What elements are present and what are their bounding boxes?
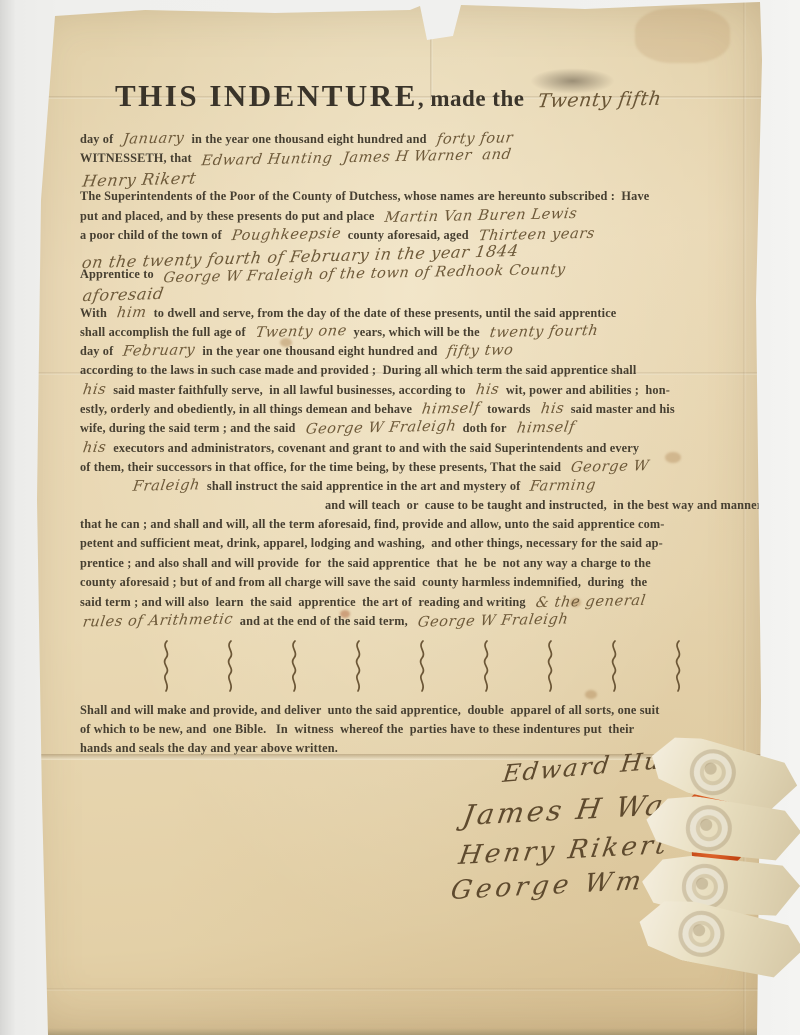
printed-text: With xyxy=(80,306,107,320)
title-printed-text: , made the xyxy=(418,86,525,111)
handwritten-text: fifty two xyxy=(446,343,515,360)
handwritten-text: George W Fraleigh xyxy=(417,612,570,631)
document-line: Fraleighshall instruct the said apprenti… xyxy=(130,478,745,497)
handwritten-text: & the general xyxy=(534,593,646,611)
document-line: and will teach or cause to be taught and… xyxy=(325,498,745,517)
squiggle-mark xyxy=(288,639,300,693)
handwritten-text: Farming xyxy=(529,478,597,495)
document-line: Withhimto dwell and serve, from the day … xyxy=(80,305,745,324)
printed-text: county aforesaid ; but of and from all c… xyxy=(80,575,647,589)
handwritten-text: his xyxy=(82,440,107,456)
handwritten-text: Poughkeepsie xyxy=(231,226,342,244)
signature: James H Warner xyxy=(460,784,760,832)
handwritten-text: Henry Rikert xyxy=(81,168,197,190)
printed-text: of which to be new, and one Bible. In wi… xyxy=(80,722,634,736)
document-line: county aforesaid ; but of and from all c… xyxy=(80,575,745,594)
document-title: THIS INDENTURE, made the Twenty fifth xyxy=(115,78,745,120)
handwritten-text: himself xyxy=(421,401,481,418)
handwritten-text: Edward Hunting James H Warner and xyxy=(200,147,512,169)
document-line: that he can ; and shall and will, all th… xyxy=(80,517,745,536)
printed-text: day of xyxy=(80,132,113,146)
document-line: hisexecutors and administrators, covenan… xyxy=(80,440,745,459)
document-line: said term ; and will also learn the said… xyxy=(80,594,745,613)
title-printed-text: THIS INDENTURE xyxy=(115,78,418,113)
document-line: day ofJanuaryin the year one thousand ei… xyxy=(80,131,745,150)
squiggle-mark xyxy=(160,639,172,693)
printed-text: county aforesaid, aged xyxy=(348,228,469,242)
printed-text: prentice ; and also shall and will provi… xyxy=(80,556,651,570)
printed-text: wife, during the said term ; and the sai… xyxy=(80,421,296,435)
printed-text: of them, their successors in that office… xyxy=(80,460,561,474)
handwritten-text: himself xyxy=(515,420,575,437)
printed-text: doth for xyxy=(463,421,507,435)
title-handwritten-fill: Twenty fifth xyxy=(537,88,664,113)
printed-text: estly, orderly and obediently, in all th… xyxy=(80,402,412,416)
printed-text: towards xyxy=(487,402,530,416)
handwritten-text: January xyxy=(122,130,185,147)
document-line: aforesaid xyxy=(80,285,745,304)
squiggle-mark xyxy=(480,639,492,693)
document-line: petent and sufficient meat, drink, appar… xyxy=(80,536,745,555)
squiggle-mark xyxy=(416,639,428,693)
handwritten-text: his xyxy=(474,382,499,398)
printed-text: shall accomplish the full age of xyxy=(80,325,246,339)
handwritten-text: him xyxy=(116,304,148,321)
handwritten-text: forty four xyxy=(435,130,513,148)
handwritten-text: George W xyxy=(570,458,650,476)
squiggle-mark xyxy=(672,639,684,693)
document-content: THIS INDENTURE, made the Twenty fifth da… xyxy=(80,78,745,761)
handwritten-text: twenty fourth xyxy=(488,323,599,341)
document-line: put and placed, and by these presents do… xyxy=(80,208,745,227)
document-line: Henry Rikert xyxy=(80,170,745,189)
stain xyxy=(635,8,730,63)
handwritten-text: Twenty one xyxy=(254,323,347,341)
scan-edge-shadow xyxy=(25,1028,765,1035)
printed-text: executors and administrators, covenant a… xyxy=(113,441,639,455)
document-line: WITNESSETH, thatEdward Hunting James H W… xyxy=(80,150,745,169)
printed-text: shall instruct the said apprentice in th… xyxy=(207,479,520,493)
printed-text: said master faithfully serve, in all law… xyxy=(113,383,465,397)
handwritten-text: aforesaid xyxy=(81,284,165,305)
document-line: of them, their successors in that office… xyxy=(80,459,745,478)
squiggle-mark xyxy=(224,639,236,693)
printed-text: said term ; and will also learn the said… xyxy=(80,595,526,609)
signature-block: Edward Hunting James H Warner Henry Rike… xyxy=(425,760,755,906)
document-line: The Superintendents of the Poor of the C… xyxy=(80,189,745,208)
document-line: Apprentice toGeorge W Fraleigh of the to… xyxy=(80,266,745,285)
printed-text: hands and seals the day and year above w… xyxy=(80,741,338,755)
handwritten-text: his xyxy=(82,382,107,398)
document-line: day ofFebruaryin the year one thousand e… xyxy=(80,343,745,362)
body-lines: day ofJanuaryin the year one thousand ei… xyxy=(80,131,745,633)
squiggle-mark xyxy=(608,639,620,693)
printed-text: that he can ; and shall and will, all th… xyxy=(80,517,665,531)
printed-text: and will teach or cause to be taught and… xyxy=(325,498,762,512)
handwritten-text: George W Fraleigh xyxy=(304,419,457,438)
printed-text: and at the end of the said term, xyxy=(240,614,408,628)
squiggle-mark xyxy=(544,639,556,693)
printed-text: petent and sufficient meat, drink, appar… xyxy=(80,536,663,550)
printed-text: day of xyxy=(80,344,113,358)
document-line: on the twenty fourth of February in the … xyxy=(80,247,745,266)
printed-text: wit, power and abilities ; hon- xyxy=(506,383,670,397)
document-line: of which to be new, and one Bible. In wi… xyxy=(80,722,745,741)
printed-text: in the year one thousand eight hundred a… xyxy=(191,132,426,146)
printed-text: years, which will be the xyxy=(353,325,479,339)
printed-text: in the year one thousand eight hundred a… xyxy=(202,344,437,358)
scan-background: THIS INDENTURE, made the Twenty fifth da… xyxy=(0,0,800,1035)
document-line: Shall and will make and provide, and del… xyxy=(80,703,745,722)
printed-text: Shall and will make and provide, and del… xyxy=(80,703,659,717)
printed-text: according to the laws in such case made … xyxy=(80,363,636,377)
document-line: hissaid master faithfully serve, in all … xyxy=(80,382,745,401)
squiggle-row xyxy=(80,637,745,695)
handwritten-text: February xyxy=(122,343,196,361)
document-line: wife, during the said term ; and the sai… xyxy=(80,420,745,439)
document-paper: THIS INDENTURE, made the Twenty fifth da… xyxy=(25,0,765,1035)
handwritten-text: Fraleigh xyxy=(132,478,201,495)
document-line: rules of Arithmeticand at the end of the… xyxy=(80,613,745,632)
document-line: shall accomplish the full age ofTwenty o… xyxy=(80,324,745,343)
document-line: prentice ; and also shall and will provi… xyxy=(80,556,745,575)
printed-text: The Superintendents of the Poor of the C… xyxy=(80,189,649,203)
squiggle-mark xyxy=(352,639,364,693)
handwritten-text: Martin Van Buren Lewis xyxy=(383,206,578,226)
fold-crease xyxy=(25,988,765,991)
handwritten-text: his xyxy=(539,401,564,417)
printed-text: to dwell and serve, from the day of the … xyxy=(154,306,617,320)
printed-text: a poor child of the town of xyxy=(80,228,222,242)
printed-text: WITNESSETH, that xyxy=(80,151,192,165)
printed-text: said master and his xyxy=(571,402,675,416)
document-line: estly, orderly and obediently, in all th… xyxy=(80,401,745,420)
printed-text: put and placed, and by these presents do… xyxy=(80,209,375,223)
document-line: according to the laws in such case made … xyxy=(80,363,745,382)
handwritten-text: rules of Arithmetic xyxy=(82,612,234,631)
